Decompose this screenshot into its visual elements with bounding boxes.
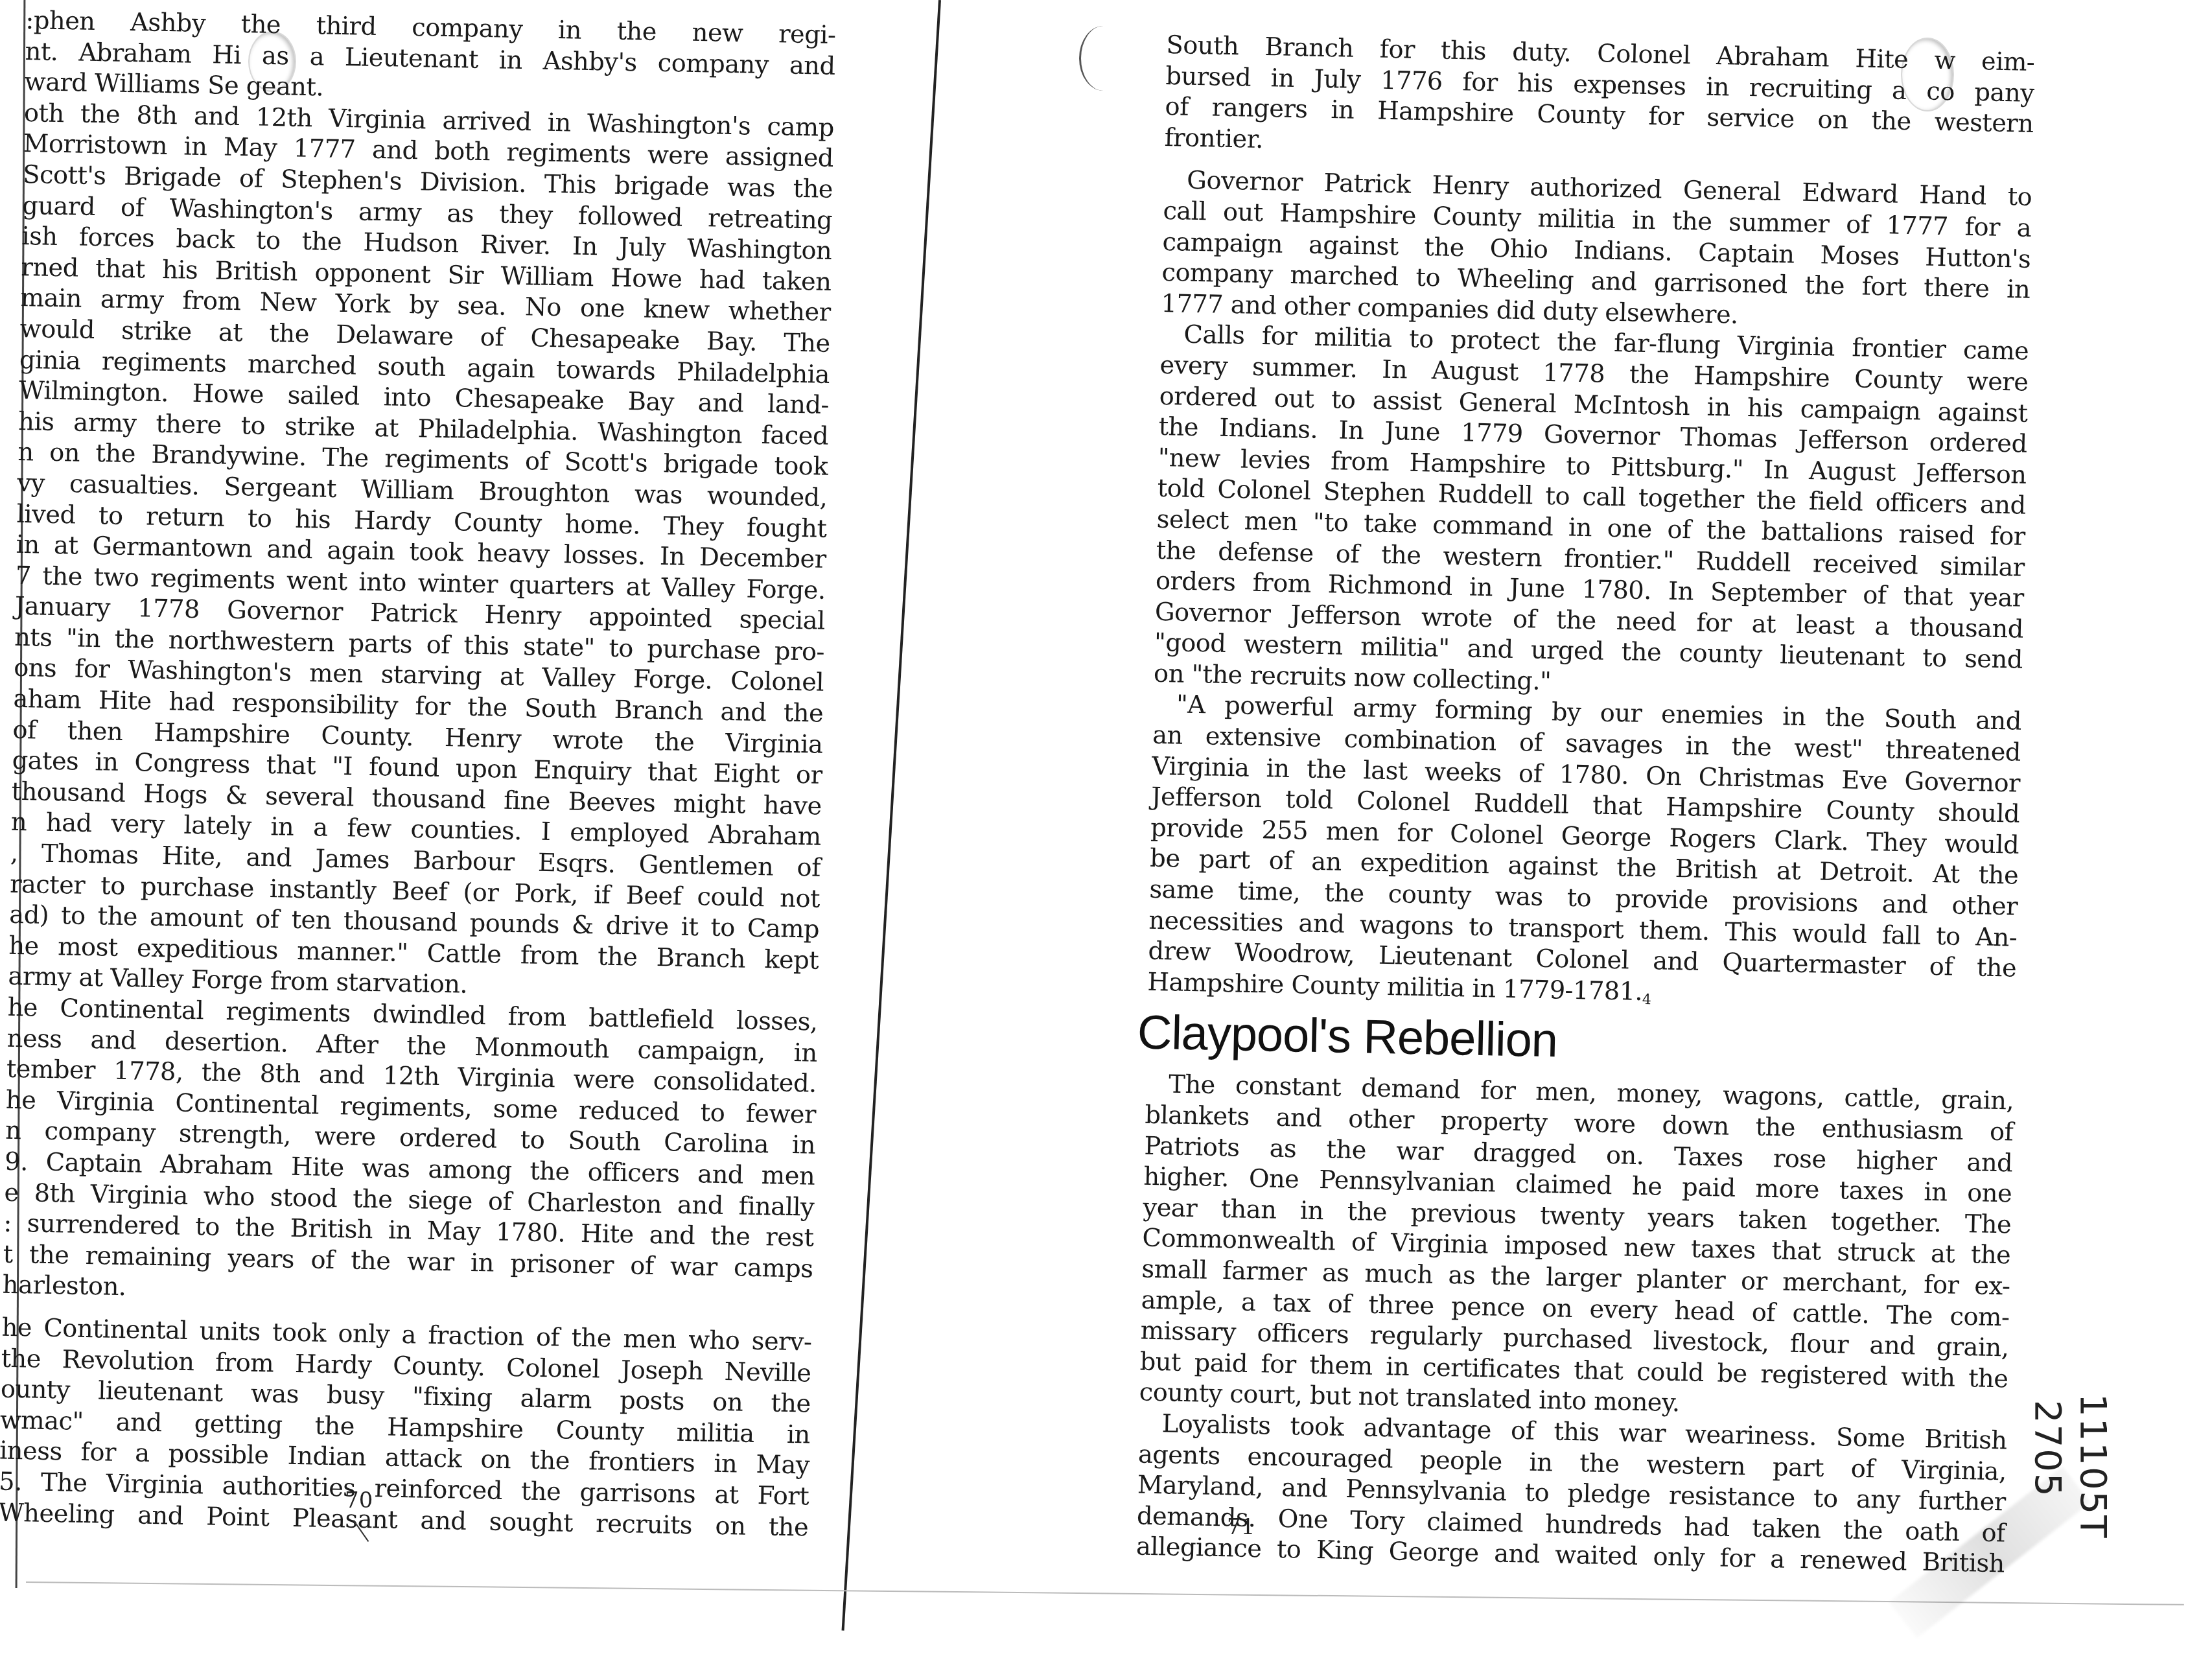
handwritten-annotation: 11105T 2705	[2035, 1394, 2139, 1562]
handwritten-line: 2705	[2027, 1400, 2067, 1498]
left-page: :phen Ashby the third company in the new…	[0, 0, 920, 1680]
right-page: South Branch for this duty. Colonel Abra…	[946, 0, 2188, 1680]
right-page-body: South Branch for this duty. Colonel Abra…	[1136, 30, 2035, 1580]
page-number: 71	[1227, 1514, 1255, 1540]
page-number: 70	[345, 1487, 373, 1513]
footnote-marker: 4	[1642, 992, 1651, 1008]
left-page-body: :phen Ashby the third company in the new…	[0, 5, 836, 1543]
handwritten-line: 11105T	[2073, 1394, 2113, 1539]
